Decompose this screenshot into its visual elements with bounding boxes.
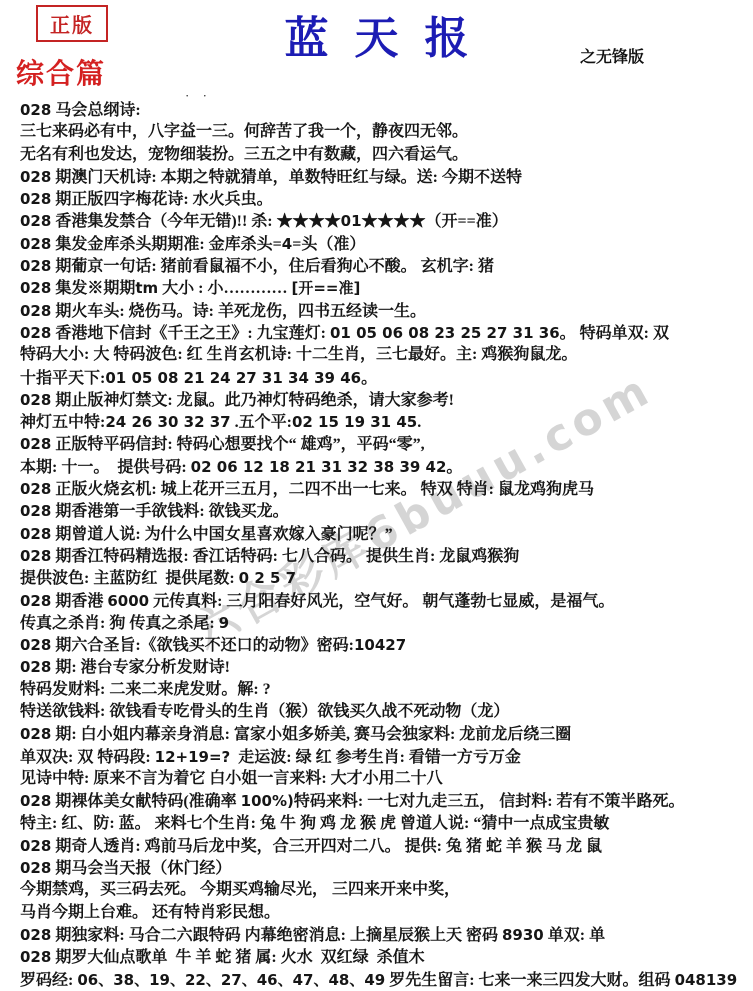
- tip-line-text: 无名有利也发达，宠物细装扮。三五之中有数藏，四六看运气。: [20, 146, 468, 163]
- tip-line-number: 9: [219, 614, 229, 632]
- tip-line-number: 10427: [354, 636, 406, 654]
- tip-line: 028 期六合圣旨:《欲钱买不还口的动物》密码:10427: [20, 634, 747, 656]
- tip-line-text: 期奇人透肖: 鸡前马后龙中奖，合三开四对二八。 提供: 兔 猪 蛇 羊 猴 马 …: [51, 838, 602, 855]
- tip-line-text: 期香江特码精选报: 香江话特码: 七八合码。 提供生肖: 龙鼠鸡猴狗: [51, 548, 519, 565]
- tip-line: 028 集发金库杀头期期准: 金库杀头=4=头（准）: [20, 233, 747, 255]
- tip-line: 028 期马会当天报（休门经）: [20, 857, 747, 879]
- tip-line-number: 4: [282, 235, 292, 253]
- tip-line-text: 集发金库杀头期期准: 金库杀头=: [51, 236, 281, 253]
- tip-line-text: 十指平天下:: [20, 370, 105, 387]
- tip-line-text: 正版特平码信封: 特码心想要找个“ 雄鸡”，平码“零”,: [51, 436, 424, 453]
- tip-line-text: 本期: 十一。 提供号码:: [20, 459, 191, 476]
- tip-line-text: 香港集发禁合（今年无错)!! 杀: ★★★★: [51, 213, 340, 230]
- tip-line-text: 期火车头: 烧伤马。诗: 羊死龙伤，四书五经读一生。: [51, 303, 426, 320]
- tip-line-number: 028: [20, 257, 51, 275]
- tip-line: 028 期罗大仙点歌单 牛 羊 蛇 猪 属: 火水 双红绿 杀值木: [20, 946, 747, 968]
- tip-line-number: 028: [20, 101, 51, 119]
- tip-line-text: 期: 白小姐内幕亲身消息: 富家小姐多娇美, 赛马会独家料: 龙前龙后绕三圈: [51, 726, 571, 743]
- tip-line-text: 期: 港台专家分析发财诗!: [51, 659, 230, 676]
- tip-line-text: 大小 : 小…………: [158, 280, 291, 297]
- tip-line-text: 。: [446, 459, 462, 476]
- tip-line-number: 028: [20, 926, 51, 944]
- tip-line-number: 048139: [675, 971, 738, 989]
- tip-line: 028 期裸体美女献特码(准确率 100%)特码来料: 一七对九走三五， 信封料…: [20, 790, 747, 812]
- tip-line: 028 正版特平码信封: 特码心想要找个“ 雄鸡”，平码“零”,: [20, 433, 747, 455]
- tip-line: 028 香港集发禁合（今年无错)!! 杀: ★★★★01★★★★（开==准）: [20, 210, 747, 232]
- tip-line-number: 028: [20, 212, 51, 230]
- tip-line-text: 马会总纲诗:: [51, 102, 140, 119]
- tip-line-number: 01: [341, 212, 362, 230]
- tip-line-number: 8930: [502, 926, 544, 944]
- tip-line: 马肖今期上台难。 还有特肖彩民想。: [20, 902, 747, 924]
- tip-line-text: 传真之杀肖: 狗 传真之杀尾:: [20, 615, 219, 632]
- tip-line-text: 提供波色: 主蓝防红 提供尾数:: [20, 570, 239, 587]
- tip-line-text: 特送欲钱料: 欲钱看专吃骨头的生肖（猴）欲钱买久战不死动物（龙）: [20, 703, 509, 720]
- tip-line-text: ★★★★（开==准）: [362, 213, 508, 230]
- tip-line-number: 02 06 12 18 21 31 32 38 39 42: [191, 458, 447, 476]
- tip-line-text: 正版火烧玄机: 城上花开三五月，二四不出一七来。 特双 特肖: 鼠龙鸡狗虎马: [51, 481, 594, 498]
- tip-line-text: 期香港: [51, 593, 107, 610]
- tip-line-text: 期罗大仙点歌单 牛 羊 蛇 猪 属: 火水 双红绿 杀值木: [51, 949, 424, 966]
- tip-line-number: 01 05 06 08 23 25 27 31 36: [330, 324, 560, 342]
- tip-line: 见诗中特: 原来不言为着它 白小姐一言来料: 大才小用二十八: [20, 768, 747, 790]
- tip-line-text: 单双: 单: [544, 927, 605, 944]
- tip-line-number: 028: [20, 502, 51, 520]
- tip-line: 无名有利也发达，宠物细装扮。三五之中有数藏，四六看运气。: [20, 144, 747, 166]
- tip-line: 028 期葡京一句话: 猪前看鼠福不小，住后看狗心不酸。 玄机字: 猪: [20, 255, 747, 277]
- tip-line: 028 正版火烧玄机: 城上花开三五月，二四不出一七来。 特双 特肖: 鼠龙鸡狗…: [20, 478, 747, 500]
- section-heading: 综合篇: [16, 52, 106, 92]
- tip-line-text: 香港地下信封《千王之王》: 九宝莲灯:: [51, 325, 330, 342]
- tip-line: 028 期澳门天机诗: 本期之特就猜单，单数特旺红与绿。送: 今期不送特: [20, 166, 747, 188]
- tip-line: 十指平天下:01 05 08 21 24 27 31 34 39 46。: [20, 367, 747, 389]
- tip-line-text: 。: [361, 370, 377, 387]
- tip-line-number: 028: [20, 480, 51, 498]
- tip-line-text: 元传真料: 三月阳春好风光，空气好。 朝气蓬勃七显威，是福气。: [149, 593, 614, 610]
- tip-line: 罗码经: 06、38、19、22、27、46、47、48、49 罗先生留言: 七…: [20, 969, 747, 991]
- tip-line-number: 028: [20, 435, 51, 453]
- tip-line-text: 集发※期期: [51, 280, 135, 297]
- tip-line-number: 028: [20, 725, 51, 743]
- tip-line: 028 期正版四字梅花诗: 水火兵虫。: [20, 188, 747, 210]
- tip-line-text: 特码来料: 一七对九走三五， 信封料: 若有不策半路死。: [294, 793, 685, 810]
- newspaper-page: 正版 蓝天报 之无锋版 综合篇 · · 六合彩库6buuu.com 028 马会…: [0, 0, 753, 991]
- edition-label: 之无锋版: [580, 44, 644, 67]
- tip-line-number: 028: [20, 391, 51, 409]
- tip-line: 三七来码必有中，八字益一三。何辞苦了我一个，静夜四无邻。: [20, 121, 747, 143]
- tip-line-number: 24 26 30 32 37: [105, 413, 230, 431]
- tip-line: 028 期曾道人说: 为什么中国女星喜欢嫁入豪门呢？”: [20, 523, 747, 545]
- tip-line-text: 期止版神灯禁文: 龙鼠。此乃神灯特码绝杀，请大家参考!: [51, 392, 454, 409]
- tip-line-number: 028: [20, 592, 51, 610]
- tip-line: 028 期香港第一手欲钱料: 欲钱买龙。: [20, 500, 747, 522]
- tip-line: 特码大小: 大 特码波色: 红 生肖玄机诗: 十二生肖，三七最好。主: 鸡猴狗鼠…: [20, 344, 747, 366]
- tip-line-text: 罗码经:: [20, 972, 77, 989]
- tip-line-text: 期六合圣旨:《欲钱买不还口的动物》密码:: [51, 637, 354, 654]
- tip-line-text: 神灯五中特:: [20, 414, 105, 431]
- tip-line: 特码发财料: 二来二来虎发财。解: ?: [20, 679, 747, 701]
- tip-line-text: 马肖今期上台难。 还有特肖彩民想。: [20, 904, 280, 921]
- tip-line-text: .五个平:: [231, 414, 292, 431]
- tip-line-text: 期裸体美女献特码(准确率: [51, 793, 240, 810]
- tip-line-number: 028: [20, 190, 51, 208]
- tip-line-text: 特主: 红、防: 蓝。 来料七个生肖: 兔 牛 狗 鸡 龙 猴 虎 曾道人说: …: [20, 815, 609, 832]
- tip-line-text: 期葡京一句话: 猪前看鼠福不小，住后看狗心不酸。 玄机字: 猪: [51, 258, 494, 275]
- tip-line-number: 028: [20, 525, 51, 543]
- tip-line-text: 走运波: 绿 红 参考生肖: 看错一方亏万金: [230, 749, 521, 766]
- tip-line-text: =头（准）: [292, 236, 365, 253]
- tip-line-number: 028: [20, 547, 51, 565]
- tip-line: 028 期止版神灯禁文: 龙鼠。此乃神灯特码绝杀，请大家参考!: [20, 389, 747, 411]
- tip-line: 028 期独家料: 马合二六跟特码 内幕绝密消息: 上摘星辰猴上天 密码 893…: [20, 924, 747, 946]
- tip-line-text: 。 特码单双: 双: [560, 325, 669, 342]
- tip-line: 今期禁鸡，买三码去死。 今期买鸡输尽光， 三四来开来中奖，: [20, 879, 747, 901]
- tip-line-number: [开==准]: [291, 279, 360, 297]
- tip-line: 028 期: 港台专家分析发财诗!: [20, 656, 747, 678]
- tip-line: 028 香港地下信封《千王之王》: 九宝莲灯: 01 05 06 08 23 2…: [20, 322, 747, 344]
- tip-line-number: 0 2 5 7: [239, 569, 296, 587]
- tip-line-text: 罗先生留言: 七来一来三四发大财。组码: [385, 972, 674, 989]
- tip-line-number: 028: [20, 324, 51, 342]
- tip-line: 028 集发※期期tm 大小 : 小………… [开==准]: [20, 277, 747, 299]
- tip-line-number: 028: [20, 636, 51, 654]
- tip-line: 特主: 红、防: 蓝。 来料七个生肖: 兔 牛 狗 鸡 龙 猴 虎 曾道人说: …: [20, 813, 747, 835]
- tip-line-text: 三七来码必有中，八字益一三。何辞苦了我一个，静夜四无邻。: [20, 123, 468, 140]
- tip-line-text: 特码大小: 大 特码波色: 红 生肖玄机诗: 十二生肖，三七最好。主: 鸡猴狗鼠…: [20, 346, 577, 363]
- tip-line: 特送欲钱料: 欲钱看专吃骨头的生肖（猴）欲钱买久战不死动物（龙）: [20, 701, 747, 723]
- tip-line: 传真之杀肖: 狗 传真之杀尾: 9: [20, 612, 747, 634]
- tip-line-text: 期香港第一手欲钱料: 欲钱买龙。: [51, 503, 288, 520]
- tip-line-number: 028: [20, 792, 51, 810]
- tip-line-number: 028: [20, 279, 51, 297]
- tip-line: 028 期奇人透肖: 鸡前马后龙中奖，合三开四对二八。 提供: 兔 猪 蛇 羊 …: [20, 835, 747, 857]
- tip-line-number: 028: [20, 302, 51, 320]
- tip-line-number: tm: [135, 279, 158, 297]
- tips-list: 028 马会总纲诗:三七来码必有中，八字益一三。何辞苦了我一个，静夜四无邻。无名…: [20, 99, 747, 991]
- tip-line-number: 028: [20, 859, 51, 877]
- tip-line-text: 期正版四字梅花诗: 水火兵虫。: [51, 191, 272, 208]
- tip-line-text: 期澳门天机诗: 本期之特就猜单，单数特旺红与绿。送: 今期不送特: [51, 169, 522, 186]
- tip-line-number: 6000: [107, 592, 149, 610]
- tip-line-number: 01 05 08 21 24 27 31 34 39 46: [105, 369, 361, 387]
- tip-line-number: 028: [20, 235, 51, 253]
- tip-line-text: 今期禁鸡，买三码去死。 今期买鸡输尽光， 三四来开来中奖，: [20, 881, 460, 898]
- tip-line-number: 028: [20, 948, 51, 966]
- tip-line-text: 期曾道人说: 为什么中国女星喜欢嫁入豪门呢？”: [51, 526, 392, 543]
- tip-line-text: .: [417, 414, 421, 431]
- tip-line-text: 期马会当天报（休门经）: [51, 860, 231, 877]
- tip-line: 提供波色: 主蓝防红 提供尾数: 0 2 5 7: [20, 567, 747, 589]
- tip-line: 028 期: 白小姐内幕亲身消息: 富家小姐多娇美, 赛马会独家料: 龙前龙后绕…: [20, 723, 747, 745]
- tip-line: 单双决: 双 特码段: 12+19=? 走运波: 绿 红 参考生肖: 看错一方亏…: [20, 746, 747, 768]
- tip-line-number: 028: [20, 837, 51, 855]
- tip-line-number: 100%): [241, 792, 294, 810]
- tip-line-text: 特码发财料: 二来二来虎发财。解: ?: [20, 681, 271, 698]
- tip-line: 028 期香江特码精选报: 香江话特码: 七八合码。 提供生肖: 龙鼠鸡猴狗: [20, 545, 747, 567]
- tip-line: 028 期火车头: 烧伤马。诗: 羊死龙伤，四书五经读一生。: [20, 300, 747, 322]
- tip-line: 本期: 十一。 提供号码: 02 06 12 18 21 31 32 38 39…: [20, 456, 747, 478]
- tip-line: 028 马会总纲诗:: [20, 99, 747, 121]
- tip-line-number: 028: [20, 658, 51, 676]
- tip-line-number: 028: [20, 168, 51, 186]
- tip-line-number: 12+19=?: [155, 748, 231, 766]
- tip-line-text: 期独家料: 马合二六跟特码 内幕绝密消息: 上摘星辰猴上天 密码: [51, 927, 502, 944]
- tip-line-number: 02 15 19 31 45: [292, 413, 417, 431]
- tip-line-text: 见诗中特: 原来不言为着它 白小姐一言来料: 大才小用二十八: [20, 770, 443, 787]
- tip-line-text: 单双决: 双 特码段:: [20, 749, 155, 766]
- tip-line: 028 期香港 6000 元传真料: 三月阳春好风光，空气好。 朝气蓬勃七显威，…: [20, 590, 747, 612]
- tip-line: 神灯五中特:24 26 30 32 37 .五个平:02 15 19 31 45…: [20, 411, 747, 433]
- tip-line-number: 06、38、19、22、27、46、47、48、49: [77, 971, 385, 989]
